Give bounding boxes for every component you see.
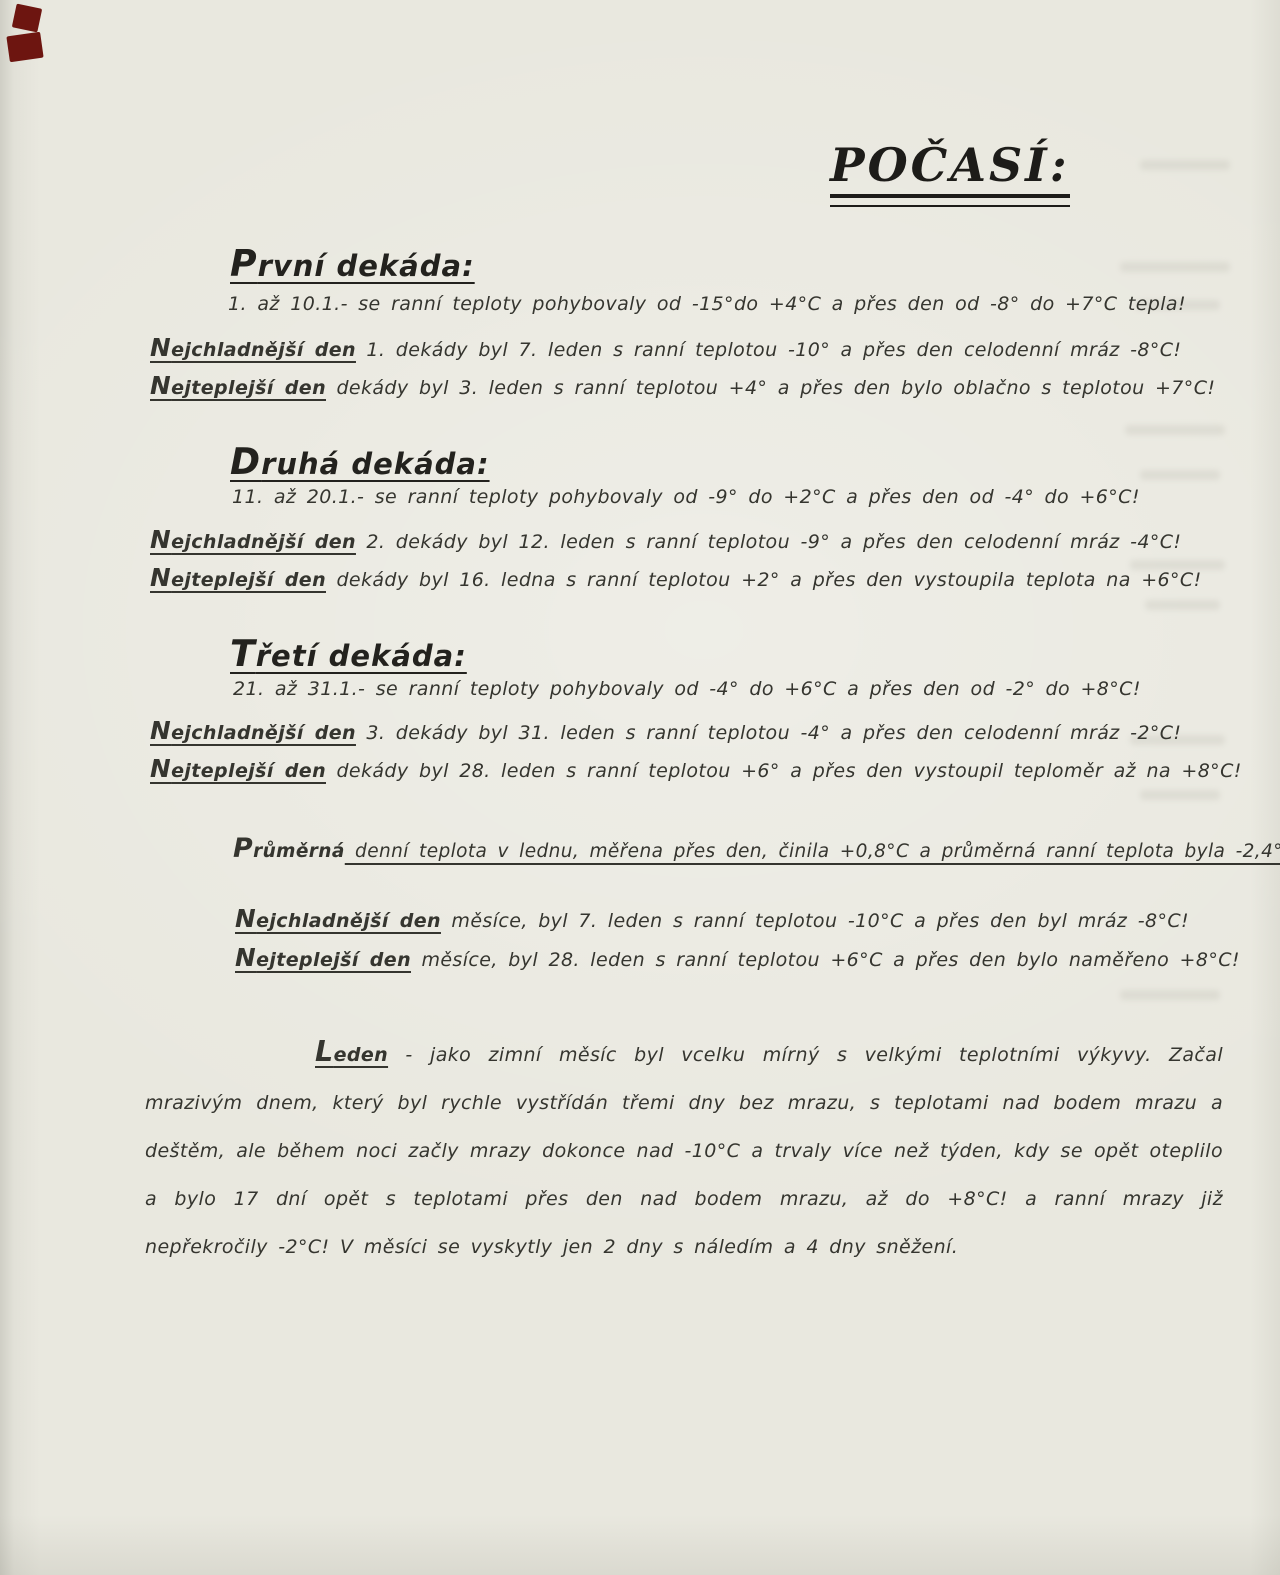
warmest-day-text: měsíce, byl 28. leden s ranní teplotou +…: [411, 949, 1240, 971]
coldest-day-label: Nejchladnější den: [150, 715, 356, 747]
coldest-day-text: 1. dekády byl 7. leden s ranní teplotou …: [356, 339, 1181, 361]
warmest-day-text: dekády byl 16. ledna s ranní teplotou +2…: [326, 569, 1202, 591]
binding-mark: [6, 32, 43, 62]
warmest-day-label: Nejteplejší den: [150, 562, 326, 594]
month-coldest-line: Nejchladnější den měsíce, byl 7. leden s…: [235, 903, 1189, 935]
monthly-average-line: Průměrná denní teplota v lednu, měřena p…: [233, 832, 1280, 867]
third-decade-intro: 21. až 31.1.- se ranní teploty pohyboval…: [233, 677, 1141, 702]
second-decade-coldest: Nejchladnější den 2. dekády byl 12. lede…: [150, 524, 1181, 556]
section-heading-first-decade: První dekáda:: [230, 242, 475, 285]
paper-background: [0, 0, 1280, 1575]
binding-mark: [12, 4, 42, 33]
warmest-day-label: Nejteplejší den: [150, 753, 326, 785]
bleed-through-mark: [1120, 990, 1220, 1000]
coldest-day-label: Nejchladnější den: [235, 903, 441, 935]
title-underline: [830, 194, 1070, 207]
average-text: denní teplota v lednu, měřena přes den, …: [345, 841, 1280, 862]
coldest-day-label: Nejchladnější den: [150, 524, 356, 556]
coldest-day-text: 2. dekády byl 12. leden s ranní teplotou…: [356, 531, 1181, 553]
third-decade-warmest: Nejteplejší den dekády byl 28. leden s r…: [150, 753, 1242, 785]
bleed-through-mark: [1140, 470, 1220, 480]
second-decade-intro: 11. až 20.1.- se ranní teploty pohyboval…: [232, 485, 1140, 510]
bleed-through-mark: [1140, 160, 1230, 170]
page-title-text: POČASÍ:: [830, 138, 1070, 192]
coldest-day-label: Nejchladnější den: [150, 332, 356, 364]
section-heading-third-decade: Třetí dekáda:: [230, 632, 467, 675]
bleed-through-mark: [1145, 600, 1220, 610]
warmest-day-text: dekády byl 3. leden s ranní teplotou +4°…: [326, 377, 1215, 399]
warmest-day-label: Nejteplejší den: [235, 942, 411, 974]
first-decade-coldest: Nejchladnější den 1. dekády byl 7. leden…: [150, 332, 1181, 364]
month-warmest-line: Nejteplejší den měsíce, byl 28. leden s …: [235, 942, 1240, 974]
closing-paragraph: Leden - jako zimní měsíc byl vcelku mírn…: [145, 1028, 1223, 1271]
second-decade-warmest: Nejteplejší den dekády byl 16. ledna s r…: [150, 562, 1202, 594]
average-label: Průměrná: [233, 832, 345, 867]
first-decade-intro: 1. až 10.1.- se ranní teploty pohybovaly…: [228, 292, 1186, 317]
warmest-day-label: Nejteplejší den: [150, 370, 326, 402]
page-title: POČASÍ:: [830, 138, 1070, 207]
coldest-day-text: měsíce, byl 7. leden s ranní teplotou -1…: [441, 910, 1189, 932]
bleed-through-mark: [1140, 790, 1220, 800]
first-decade-warmest: Nejteplejší den dekády byl 3. leden s ra…: [150, 370, 1215, 402]
section-heading-second-decade: Druhá dekáda:: [230, 440, 490, 483]
warmest-day-text: dekády byl 28. leden s ranní teplotou +6…: [326, 760, 1242, 782]
bleed-through-mark: [1120, 262, 1230, 272]
third-decade-coldest: Nejchladnější den 3. dekády byl 31. lede…: [150, 715, 1181, 747]
coldest-day-text: 3. dekády byl 31. leden s ranní teplotou…: [356, 722, 1181, 744]
month-name-label: Leden: [230, 1028, 388, 1079]
bleed-through-mark: [1125, 425, 1225, 435]
